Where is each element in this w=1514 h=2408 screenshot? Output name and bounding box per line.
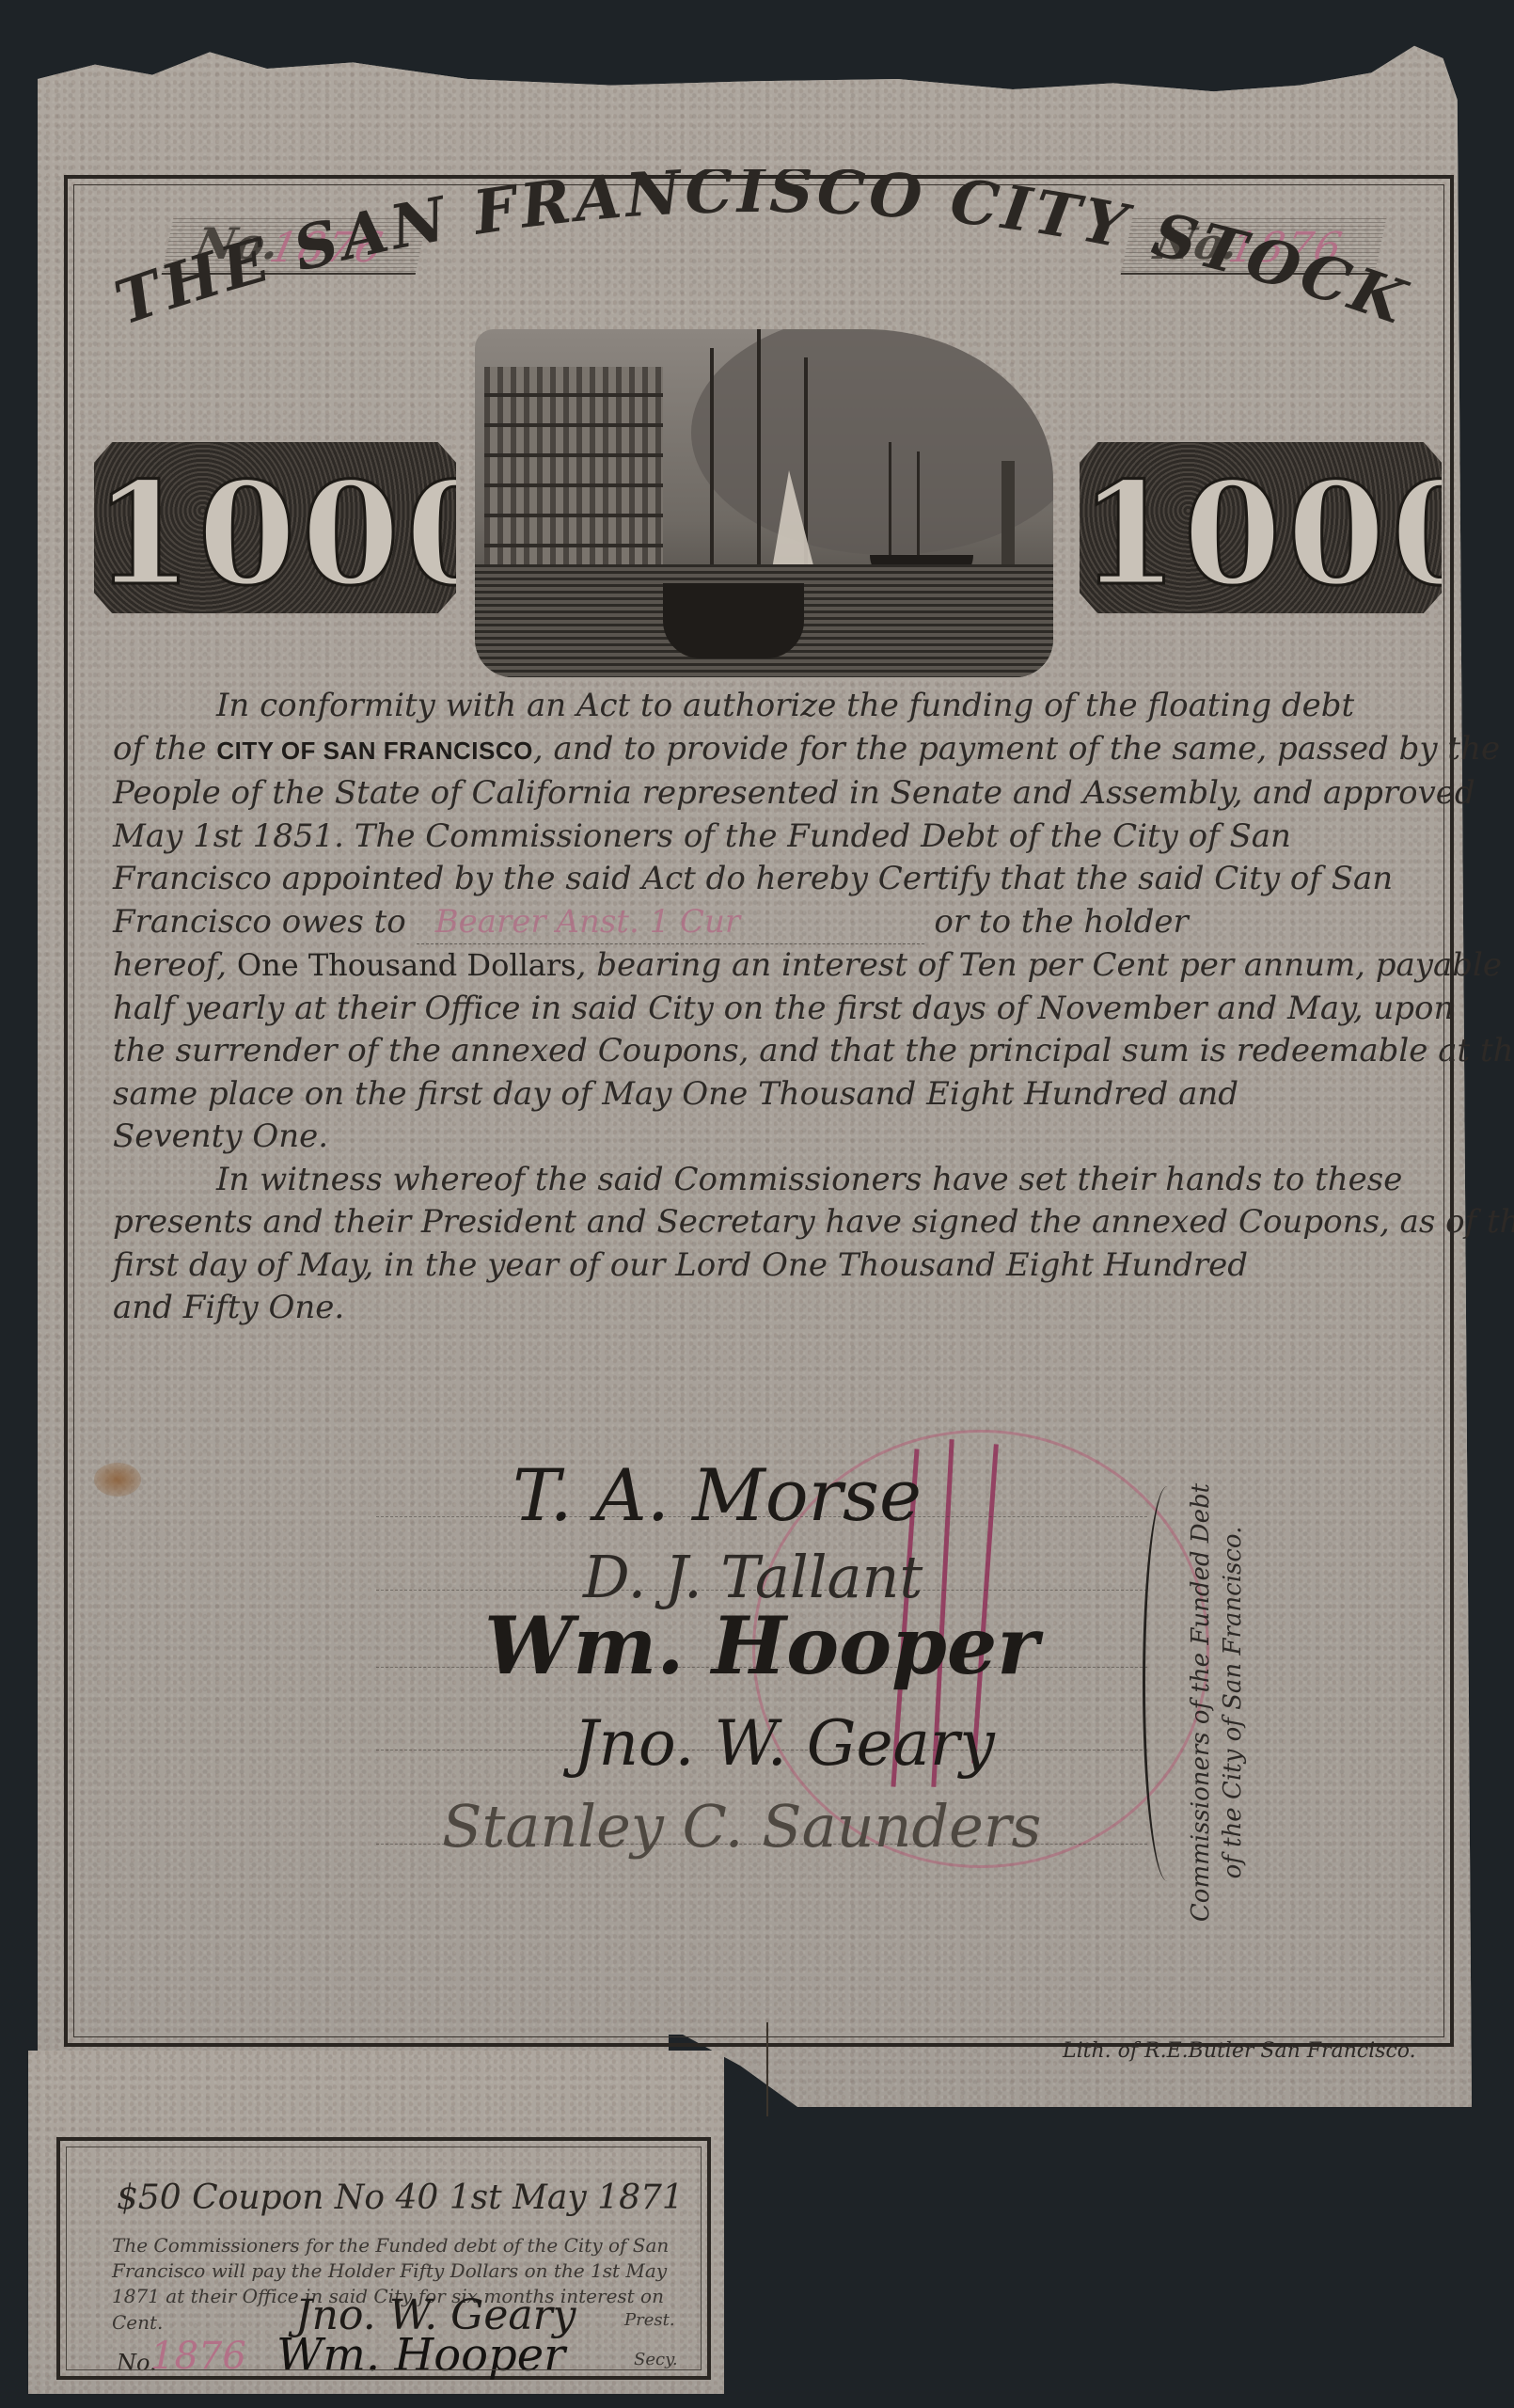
body-line: half yearly at their Office in said City…: [113, 988, 1448, 1031]
body-line: People of the State of California repres…: [113, 772, 1448, 816]
tear-edge: [766, 2022, 768, 2116]
body-line: Seventy One.: [113, 1116, 1448, 1159]
coupon-signature-secretary: Wm. Hooper: [276, 2329, 565, 2382]
body-fragment: or to the holder: [934, 903, 1188, 941]
coupon-secretary-label: Secy.: [634, 2350, 678, 2369]
coupon-cent-label: Cent.: [112, 2310, 187, 2336]
lithographer-credit: Lith. of R.E.Butler San Francisco.: [1063, 2039, 1416, 2063]
coupon-signature-president: Jno. W. Geary: [295, 2291, 576, 2339]
body-fragment: , bearing an interest of Ten per Cent pe…: [576, 946, 1502, 984]
body-fragment: , and to provide for the payment of the …: [533, 730, 1500, 768]
svg-text:THE SAN FRANCISCO CITY STOCK: THE SAN FRANCISCO CITY STOCK: [106, 169, 1416, 340]
signature-hooper: Wm. Hooper: [484, 1599, 1039, 1692]
coupon-president-label: Prest.: [624, 2310, 675, 2330]
body-line: same place on the first day of May One T…: [113, 1073, 1448, 1117]
denomination-value: 1000: [1080, 451, 1442, 617]
body-line: In conformity with an Act to authorize t…: [113, 685, 1448, 728]
body-line: and Fifty One.: [113, 1287, 1448, 1330]
coupon-heading: $50 Coupon No 40 1st May 1871: [117, 2178, 684, 2217]
payee-field: Bearer Anst. 1 Cur: [417, 901, 924, 945]
coupon-number: 1876: [150, 2335, 246, 2378]
caption-line: of the City of San Francisco.: [1217, 1467, 1249, 1938]
signature-morse: T. A. Morse: [513, 1453, 922, 1537]
interest-coupon: $50 Coupon No 40 1st May 1871 The Commis…: [56, 2137, 711, 2380]
body-line: the surrender of the annexed Coupons, an…: [113, 1030, 1448, 1073]
signature-saunders: Stanley C. Saunders: [442, 1792, 1041, 1861]
certificate-body-text: In conformity with an Act to authorize t…: [113, 685, 1448, 1330]
signature-geary: Jno. W. Geary: [574, 1707, 995, 1780]
amount-in-words: One Thousand Dollars: [237, 947, 576, 983]
harbor-vignette-image: [475, 329, 1053, 677]
body-fragment: Francisco owes to: [113, 903, 406, 941]
city-name-stamp: CITY OF SAN FRANCISCO: [216, 737, 532, 765]
commissioners-caption: Commissioners of the Funded Debt of the …: [1185, 1467, 1307, 1938]
body-line: In witness whereof the said Commissioner…: [113, 1159, 1448, 1202]
body-fragment: hereof,: [113, 946, 227, 984]
body-line: May 1st 1851. The Commissioners of the F…: [113, 816, 1448, 859]
body-line: Francisco appointed by the said Act do h…: [113, 858, 1448, 901]
denomination-right: 1000: [1080, 442, 1442, 613]
coupon-text: The Commissioners for the Funded debt of…: [112, 2233, 676, 2309]
title-text: THE SAN FRANCISCO CITY STOCK: [106, 169, 1416, 340]
denomination-value: 1000: [94, 451, 456, 617]
denomination-left: 1000: [94, 442, 456, 613]
body-line: presents and their President and Secreta…: [113, 1201, 1448, 1244]
caption-line: Commissioners of the Funded Debt: [1185, 1467, 1217, 1938]
body-line: first day of May, in the year of our Lor…: [113, 1244, 1448, 1288]
body-fragment: of the: [113, 730, 207, 768]
